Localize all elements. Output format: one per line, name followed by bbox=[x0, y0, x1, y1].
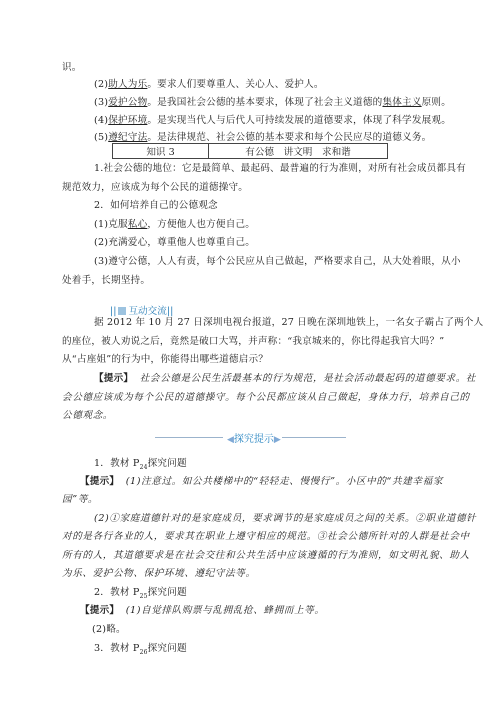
hint-text: (1)注意过。如公共楼梯中的“轻轻走、慢慢行”。小区中的“共建幸福家 bbox=[126, 476, 443, 487]
section-title: 互动交流 bbox=[128, 306, 166, 317]
item-2: (2)助人为乐。要求人们要尊重人、关心人、爱护人。 bbox=[94, 79, 324, 91]
hint-paragraph: 【提示】 社会公德是公民生活最基本的行为规范，是社会活动最起码的道德要求。社 bbox=[94, 373, 476, 385]
paragraph: 1.社会公德的地位：它是最简单、最起码、最普遍的行为准则，对所有社会成员都具有 bbox=[94, 163, 466, 175]
hint-text: 为乐、爱护公物、保护环境、遵纪守法等。 bbox=[62, 568, 256, 580]
hint-text: 对的是各行各业的人，要求其在职业上遵守相应的规范。③社会公德所针对的人群是社会中 bbox=[62, 531, 470, 543]
list-item: (1)克服私心，方便他人也方便自己。 bbox=[94, 219, 255, 231]
page-number: 24 bbox=[140, 464, 148, 471]
list-item: 处着手，长期坚持。 bbox=[62, 275, 150, 287]
hint-text: 公德观念。 bbox=[62, 410, 113, 422]
item-text: 原则。 bbox=[422, 97, 451, 108]
paragraph: 的座位，被人劝说之后，竟然是破口大骂，并声称：“我京城来的，你比得起我官大吗？” bbox=[62, 336, 444, 348]
page-number: 26 bbox=[140, 649, 148, 656]
question-text: 1．教材 P bbox=[94, 458, 140, 469]
question-heading: 3．教材 P26探究问题 bbox=[94, 643, 187, 659]
paragraph: 据 2012 年 10 月 27 日深圳电视台报道，27 日晚在深圳地铁上，一名… bbox=[94, 317, 483, 329]
hint-text: 社会公德是公民生活最基本的行为规范，是社会活动最起码的道德要求。社 bbox=[140, 373, 476, 384]
divider-right bbox=[282, 437, 346, 438]
item-3: (3)爱护公物。是我国社会公德的基本要求，体现了社会主义道德的集体主义原则。 bbox=[94, 97, 451, 109]
key-term: 助人为乐 bbox=[108, 79, 147, 90]
knowledge-title: 有公德 讲文明 求和谐 bbox=[209, 144, 388, 159]
hint-text: 园”等。 bbox=[62, 494, 98, 506]
item-text: 。是法律规范、社会公德的基本要求和每个公民应尽的道德义务。 bbox=[147, 132, 431, 143]
text-line: 识。 bbox=[62, 62, 82, 74]
hint-text: (1)自觉排队购票与乱拥乱抢、蜂拥而上等。 bbox=[126, 605, 325, 616]
paragraph: 从“占座姐”的行为中，你能得出哪些道德启示？ bbox=[62, 354, 268, 366]
triangle-left-icon: ◀ bbox=[227, 435, 234, 445]
hint-paragraph: 【提示】 (1)自觉排队购票与乱拥乱抢、蜂拥而上等。 bbox=[80, 605, 325, 617]
square-icon bbox=[118, 307, 126, 315]
item-number: (3) bbox=[94, 97, 108, 108]
section-title: 探究提示 bbox=[234, 434, 274, 445]
hint-text: (2)①家庭道德针对的是家庭成员，要求调节的是家庭成员之间的关系。②职业道德针 bbox=[94, 513, 476, 525]
hint-text: 会公德应该成为每个公民的道德操守。每个公民都应该从自己做起，身体力行，培养自己的 bbox=[62, 392, 470, 404]
hint-text: (2)略。 bbox=[92, 624, 126, 636]
question-text: 探究问题 bbox=[148, 643, 187, 654]
item-number: (2) bbox=[94, 79, 108, 90]
document-page: 识。 (2)助人为乐。要求人们要尊重人、关心人、爱护人。 (3)爱护公物。是我国… bbox=[0, 0, 500, 707]
question-text: 探究问题 bbox=[148, 587, 187, 598]
hint-label: 【提示】 bbox=[80, 605, 119, 616]
hint-label: 【提示】 bbox=[80, 476, 119, 487]
interaction-header: ||互动交流|| bbox=[110, 303, 173, 317]
key-term: 爱护公物 bbox=[108, 97, 147, 108]
knowledge-table: 知识 3 有公德 讲文明 求和谐 bbox=[112, 143, 388, 159]
key-term: 保护环境 bbox=[108, 115, 147, 126]
key-term: 私心 bbox=[128, 219, 148, 230]
key-term: 遵纪守法 bbox=[108, 132, 147, 143]
item-4: (4)保护环境。是实现当代人与后代人可持续发展的道德要求，体现了科学发展观。 bbox=[94, 115, 451, 127]
question-text: 3．教材 P bbox=[94, 643, 140, 654]
question-heading: 2．教材 P25探究问题 bbox=[94, 587, 187, 603]
item-number: (4) bbox=[94, 115, 108, 126]
bar-icon: || bbox=[110, 306, 116, 317]
key-term: 集体主义 bbox=[382, 97, 421, 108]
triangle-right-icon: ▶ bbox=[274, 435, 281, 445]
hint-paragraph: 【提示】 (1)注意过。如公共楼梯中的“轻轻走、慢慢行”。小区中的“共建幸福家 bbox=[80, 476, 443, 488]
explore-header: ◀探究提示▶ bbox=[227, 430, 281, 445]
divider-left bbox=[155, 437, 223, 438]
bar-icon: || bbox=[167, 306, 173, 317]
hint-text: 所有的人，其道德要求是在社会交往和公共生活中应该遵循的行为准则，如文明礼貌、助人 bbox=[62, 550, 470, 562]
question-heading: 1．教材 P24探究问题 bbox=[94, 458, 187, 474]
subheading: 2．如何培养自己的公德观念 bbox=[94, 200, 218, 212]
item-text: (1)克服 bbox=[94, 219, 128, 230]
item-text: 。是实现当代人与后代人可持续发展的道德要求，体现了科学发展观。 bbox=[147, 115, 451, 126]
knowledge-label: 知识 3 bbox=[113, 144, 209, 159]
list-item: (2)充满爱心，尊重他人也尊重自己。 bbox=[94, 237, 255, 249]
hint-label: 【提示】 bbox=[94, 373, 133, 384]
item-text: 。是我国社会公德的基本要求，体现了社会主义道德的 bbox=[147, 97, 382, 108]
item-text: 。要求人们要尊重人、关心人、爱护人。 bbox=[147, 79, 323, 90]
question-text: 探究问题 bbox=[148, 458, 187, 469]
question-text: 2．教材 P bbox=[94, 587, 140, 598]
list-item: (3)遵守公德，人人有责，每个公民应从自己做起，严格要求自己，从大处着眼，从小 bbox=[94, 256, 461, 268]
paragraph: 规范效力，应该成为每个公民的道德操守。 bbox=[62, 182, 248, 194]
item-number: (5) bbox=[94, 132, 108, 143]
page-number: 25 bbox=[140, 593, 148, 600]
item-text: ，方便他人也方便自己。 bbox=[147, 219, 255, 230]
